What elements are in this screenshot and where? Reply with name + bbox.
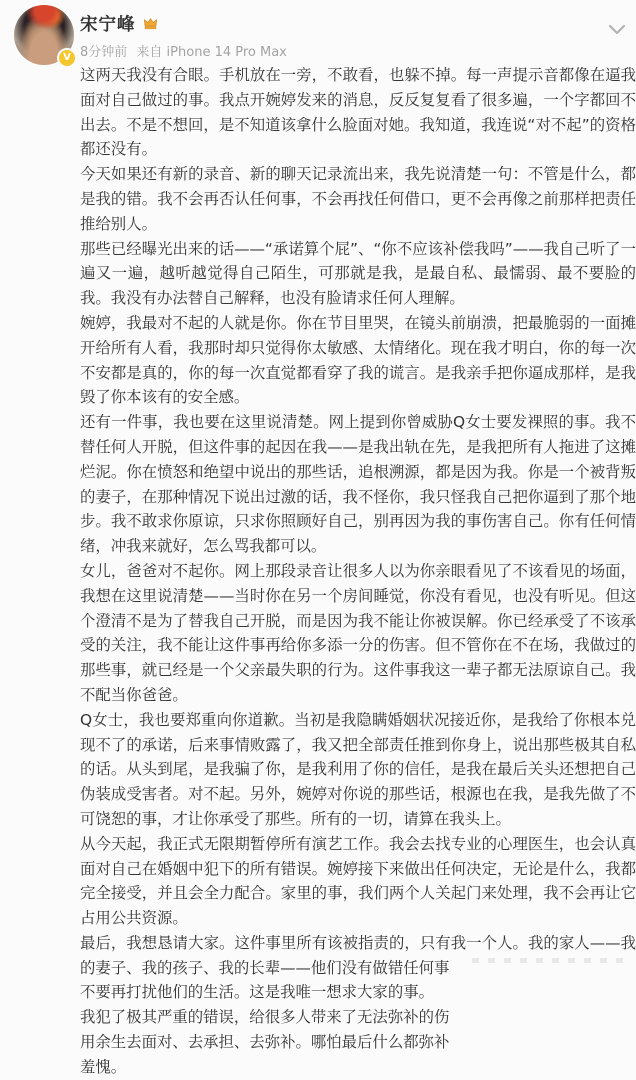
post-paragraph: 从今天起，我正式无限期暂停所有演艺工作。我会去找专业的心理医生，也会认真面对自己… [80,832,636,931]
author-name[interactable]: 宋宁峰 [80,11,136,36]
post-source[interactable]: 来自 iPhone 14 Pro Max [136,45,286,60]
weibo-post-card: V 宋宁峰 8分钟前 来自 iPhone 14 Pro Max 这两天我没有合眼… [0,0,636,1080]
post-paragraph: 不要再打扰他们的生活。这是我唯一想求大家的事。 [80,980,636,1005]
membership-crown-icon [143,16,159,32]
post-paragraph: 最后，我想恳请大家。这件事里所有该被指责的，只有我一个人。我的家人——我的妻子、… [80,931,636,981]
post-paragraph: 还有一件事，我也要在这里说清楚。网上提到你曾威胁Q女士要发裸照的事。我不替任何人… [80,410,636,559]
post-meta: 8分钟前 来自 iPhone 14 Pro Max [80,41,287,60]
post-text: 这两天我没有合眼。手机放在一旁，不敢看，也躲不掉。每一声提示音都像在逼我面对自己… [80,63,636,1080]
post-paragraph: 婉婷，我最对不起的人就是你。你在节目里哭，在镜头前崩溃，把最脆弱的一面摊开给所有… [80,311,636,410]
post-paragraph: 这两天我没有合眼。手机放在一旁，不敢看，也躲不掉。每一声提示音都像在逼我面对自己… [80,63,636,162]
post-paragraph: 羞愧。 [80,1055,636,1080]
post-time: 8分钟前 [80,45,127,60]
verified-badge-icon: V [57,48,77,68]
post-paragraph: 今天如果还有新的录音、新的聊天记录流出来，我先说清楚一句：不管是什么，都是我的错… [80,162,636,236]
post-paragraph: Q女士，我也要郑重向你道歉。当初是我隐瞒婚姻状况接近你，是我给了你根本兑现不了的… [80,708,636,832]
post-paragraph: 我犯了极其严重的错误，给很多人带来了无法弥补的伤 [80,1005,636,1030]
avatar[interactable]: V [14,5,74,65]
chevron-down-icon[interactable] [608,21,626,40]
post-paragraph: 女儿，爸爸对不起你。网上那段录音让很多人以为你亲眼看见了不该看见的场面，我想在这… [80,559,636,708]
post-paragraph: 用余生去面对、去承担、去弥补。哪怕最后什么都弥补 [80,1030,636,1055]
post-paragraph: 那些已经曝光出来的话——“承诺算个屁”、“你不应该补偿我吗”——我自己听了一遍又… [80,237,636,311]
author-row: 宋宁峰 [80,11,159,36]
erased-text-ghost [472,958,630,963]
